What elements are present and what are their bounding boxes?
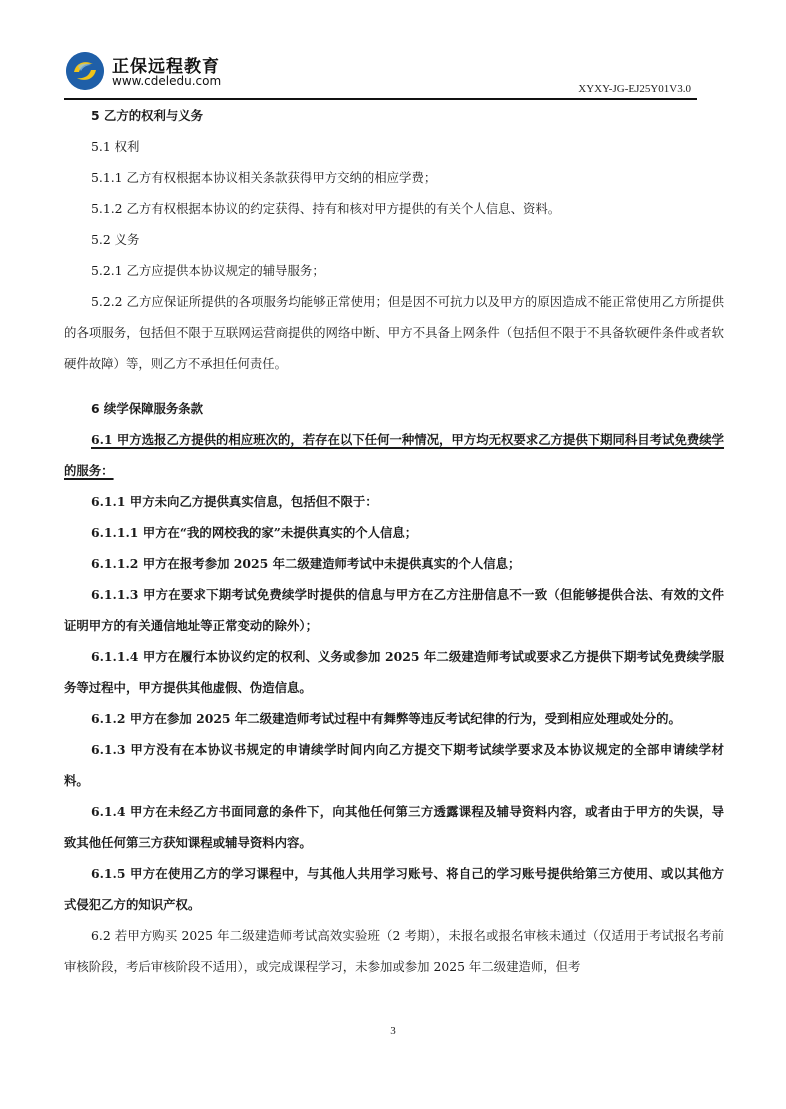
page-header: 正保远程教育 www.cdeledu.com XYXY-JG-EJ25Y01V3… xyxy=(64,48,697,98)
section-heading-5: 5 乙方的权利与义务 xyxy=(64,100,724,131)
clause-5-1: 5.1 权利 xyxy=(64,131,724,162)
section-heading-6: 6 续学保障服务条款 xyxy=(64,393,724,424)
document-code: XYXY-JG-EJ25Y01V3.0 xyxy=(578,83,691,95)
clause-6-1-1: 6.1.1 甲方未向乙方提供真实信息，包括但不限于： xyxy=(64,486,724,517)
clause-5-1-1: 5.1.1 乙方有权根据本协议相关条款获得甲方交纳的相应学费； xyxy=(64,162,724,193)
clause-6-2: 6.2 若甲方购买 2025 年二级建造师考试高效实验班（2 考期），未报名或报… xyxy=(64,920,724,982)
clause-6-1-2: 6.1.2 甲方在参加 2025 年二级建造师考试过程中有舞弊等违反考试纪律的行… xyxy=(64,703,724,734)
clause-6-1: 6.1 甲方选报乙方提供的相应班次的，若存在以下任何一种情况，甲方均无权要求乙方… xyxy=(64,424,724,486)
clause-6-1-3: 6.1.3 甲方没有在本协议书规定的申请续学时间内向乙方提交下期考试续学要求及本… xyxy=(64,734,724,796)
clause-6-1-4: 6.1.4 甲方在未经乙方书面同意的条件下，向其他任何第三方透露课程及辅导资料内… xyxy=(64,796,724,858)
document-body: 5 乙方的权利与义务 5.1 权利 5.1.1 乙方有权根据本协议相关条款获得甲… xyxy=(64,100,724,982)
clause-6-1-1-2: 6.1.1.2 甲方在报考参加 2025 年二级建造师考试中未提供真实的个人信息… xyxy=(64,548,724,579)
clause-6-1-text: 6.1 甲方选报乙方提供的相应班次的，若存在以下任何一种情况，甲方均无权要求乙方… xyxy=(64,432,724,478)
brand-url: www.cdeledu.com xyxy=(112,74,221,88)
clause-5-2-2: 5.2.2 乙方应保证所提供的各项服务均能够正常使用；但是因不可抗力以及甲方的原… xyxy=(64,286,724,379)
clause-5-1-2: 5.1.2 乙方有权根据本协议的约定获得、持有和核对甲方提供的有关个人信息、资料… xyxy=(64,193,724,224)
cdeledu-logo-icon xyxy=(66,52,104,90)
clause-6-1-5: 6.1.5 甲方在使用乙方的学习课程中，与其他人共用学习账号、将自己的学习账号提… xyxy=(64,858,724,920)
page-number: 3 xyxy=(0,1025,786,1037)
clause-6-1-1-1: 6.1.1.1 甲方在“我的网校我的家”未提供真实的个人信息； xyxy=(64,517,724,548)
clause-5-2-1: 5.2.1 乙方应提供本协议规定的辅导服务； xyxy=(64,255,724,286)
clause-5-2: 5.2 义务 xyxy=(64,224,724,255)
clause-6-1-1-3: 6.1.1.3 甲方在要求下期考试免费续学时提供的信息与甲方在乙方注册信息不一致… xyxy=(64,579,724,641)
clause-6-1-1-4: 6.1.1.4 甲方在履行本协议约定的权利、义务或参加 2025 年二级建造师考… xyxy=(64,641,724,703)
